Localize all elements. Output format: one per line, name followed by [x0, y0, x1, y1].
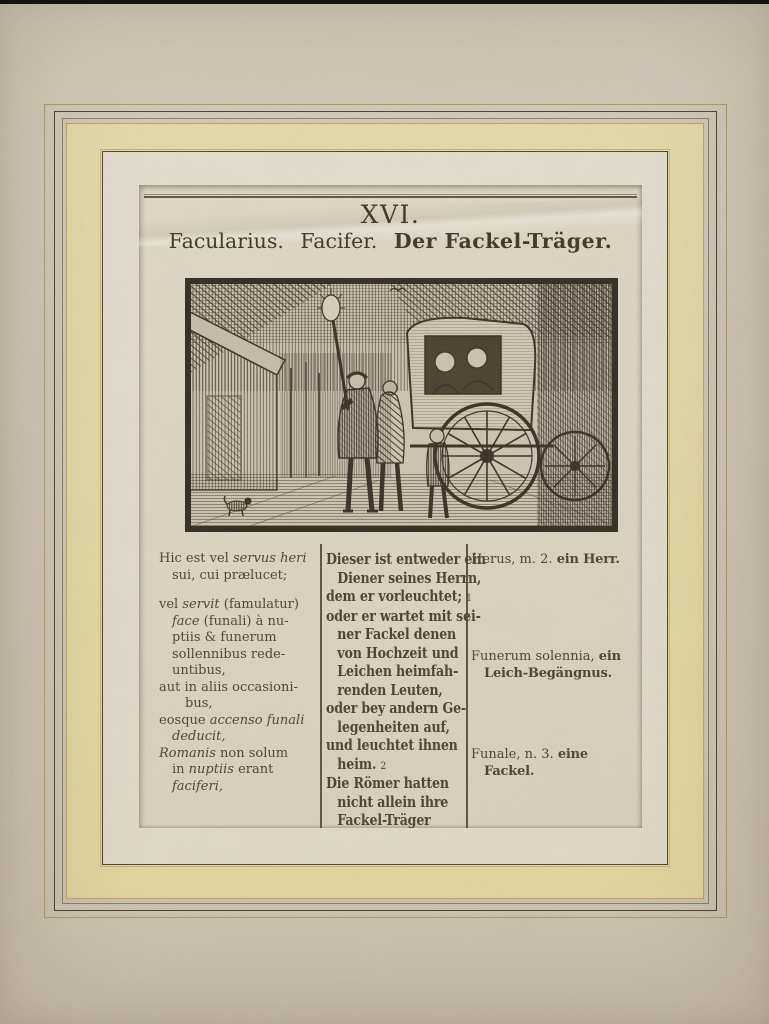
text-line: Die Römer hatten [326, 775, 465, 794]
text-line: Dieser ist entweder ein [326, 551, 465, 570]
text-line: von Hochzeit und [326, 645, 465, 664]
text-line [471, 632, 639, 648]
text-line: oder er wartet mit sei- [326, 608, 465, 627]
text-line: in nuptiis erant [159, 762, 319, 779]
text-line [471, 730, 639, 746]
title-german: Der Fackel-Träger. [394, 229, 612, 253]
photo-of-matted-print: XVI. Facularius. Facifer. Der Fackel-Trä… [0, 0, 769, 1024]
text-line: deducit, [159, 729, 319, 746]
text-block: Hic est vel servus herisui, cui prælucet… [139, 548, 642, 828]
text-line [471, 682, 639, 698]
text-line [471, 600, 639, 616]
text-line [471, 714, 639, 730]
text-line: oder bey andern Ge- [326, 700, 465, 719]
text-line: Leichen heimfah- [326, 663, 465, 682]
text-line: Diener seines Herrn, [326, 570, 465, 589]
german-column: Dieser ist entweder einDiener seines Her… [326, 551, 465, 828]
top-rule-thin [144, 194, 637, 195]
text-line: aut in aliis occasioni- [159, 680, 319, 697]
text-line: Hic est vel servus heri [159, 551, 319, 568]
text-line [471, 568, 639, 584]
text-line: vel servit (famulatur) [159, 597, 319, 614]
plate-number: XVI. [139, 200, 642, 229]
text-line: Funale, n. 3. eine [471, 746, 639, 763]
latin-column: Hic est vel servus herisui, cui prælucet… [159, 551, 319, 795]
text-line: nicht allein ihre [326, 794, 465, 813]
text-line: Leich-Begängnus. [471, 665, 639, 682]
text-line: heim. 2 [326, 756, 465, 776]
text-line: sui, cui prælucet; [159, 568, 319, 585]
text-line: sollennibus rede- [159, 647, 319, 664]
photo-top-edge [0, 0, 769, 4]
text-line: bus, [159, 696, 319, 713]
gloss-column: Herus, m. 2. ein Herr.Funerum solennia, … [471, 551, 639, 780]
text-line: Funerum solennia, ein [471, 648, 639, 665]
top-rule [144, 196, 637, 198]
text-line: und leuchtet ihnen [326, 737, 465, 756]
text-line [159, 584, 319, 597]
column-divider-1 [320, 544, 322, 828]
text-line: ner Fackel denen [326, 626, 465, 645]
text-line [471, 698, 639, 714]
text-line: legenheiten auf, [326, 719, 465, 738]
title-latin-part1: Facularius. [169, 229, 284, 253]
text-line [471, 584, 639, 600]
text-line: face (funali) à nu- [159, 614, 319, 631]
title-latin-part2: Facifer. [300, 229, 377, 253]
text-line: renden Leuten, [326, 682, 465, 701]
page-title: Facularius. Facifer. Der Fackel-Träger. [139, 229, 642, 253]
text-line: Herus, m. 2. ein Herr. [471, 551, 639, 568]
text-line: ptiis & funerum [159, 630, 319, 647]
text-line: Fackel. [471, 763, 639, 780]
text-line: Romanis non solum [159, 746, 319, 763]
woodcut-illustration [185, 278, 618, 532]
print-page: XVI. Facularius. Facifer. Der Fackel-Trä… [139, 185, 642, 828]
text-line: untibus, [159, 663, 319, 680]
text-line: Fackel-Träger [326, 812, 465, 828]
text-line: eosque accenso funali [159, 713, 319, 730]
text-line: faciferi, [159, 779, 319, 796]
text-line: dem er vorleuchtet; 1 [326, 588, 465, 608]
text-line [471, 616, 639, 632]
